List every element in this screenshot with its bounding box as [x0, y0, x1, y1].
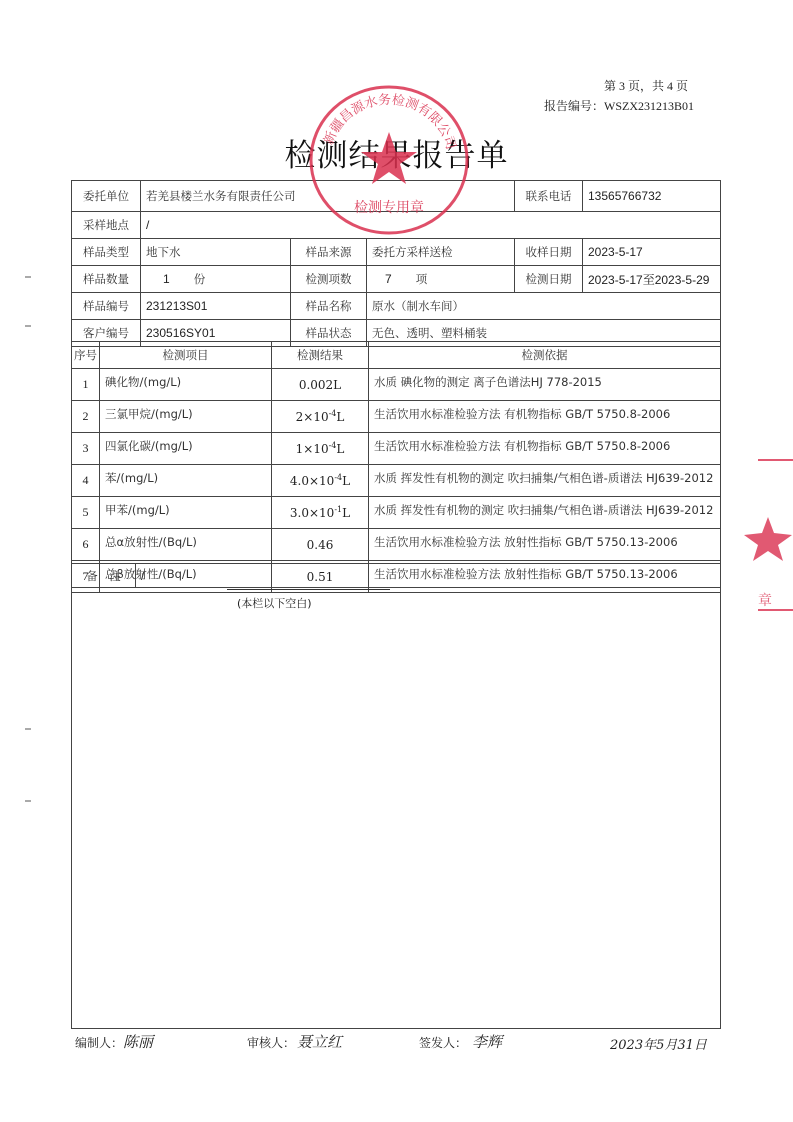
results-header-row: 序号 检测项目 检测结果 检测依据: [72, 342, 721, 369]
quantity-unit: 份: [194, 272, 206, 286]
report-number-label: 报告编号：: [544, 99, 604, 113]
col-header-basis: 检测依据: [369, 342, 721, 369]
test-date-value: 2023-5-17至2023-5-29: [583, 266, 721, 293]
row-basis: 水质 碘化物的测定 离子色谱法HJ 778-2015: [369, 369, 721, 401]
row-item: 三氯甲烷/(mg/L): [100, 401, 272, 433]
col-header-item: 检测项目: [100, 342, 272, 369]
phone-label: 联系电话: [515, 181, 583, 212]
info-row: 样品编号 231213S01 样品名称 原水（制水车间）: [72, 293, 721, 320]
scan-mark: [25, 325, 31, 327]
row-no: 2: [72, 401, 100, 433]
row-basis: 生活饮用水标准检验方法 放射性指标 GB/T 5750.13-2006: [369, 529, 721, 561]
sample-info-table: 委托单位 若羌县楼兰水务有限责任公司 联系电话 13565766732 采样地点…: [71, 180, 721, 347]
row-item: 甲苯/(mg/L): [100, 497, 272, 529]
location-label: 采样地点: [72, 212, 141, 239]
col-header-result: 检测结果: [272, 342, 369, 369]
col-header-no: 序号: [72, 342, 100, 369]
client-label: 委托单位: [72, 181, 141, 212]
info-row: 委托单位 若羌县楼兰水务有限责任公司 联系电话 13565766732: [72, 181, 721, 212]
sample-source-label: 样品来源: [291, 239, 367, 266]
receive-date-label: 收样日期: [515, 239, 583, 266]
row-no: 4: [72, 465, 100, 497]
row-result: 3.0×10-1L: [272, 497, 369, 529]
quantity-value: 1: [163, 272, 170, 286]
compiler-signature: 陈丽: [123, 1031, 153, 1052]
scan-mark: [25, 800, 31, 802]
table-row: 2 三氯甲烷/(mg/L) 2×10-4L 生活饮用水标准检验方法 有机物指标 …: [72, 401, 721, 433]
table-row: 6 总α放射性/(Bq/L) 0.46 生活饮用水标准检验方法 放射性指标 GB…: [72, 529, 721, 561]
remark-value: /: [136, 564, 721, 588]
test-date-label: 检测日期: [515, 266, 583, 293]
reviewer-label: 审核人：: [247, 1034, 295, 1051]
table-row: 1 碘化物/(mg/L) 0.002L 水质 碘化物的测定 离子色谱法HJ 77…: [72, 369, 721, 401]
svg-text:章: 章: [758, 592, 772, 609]
sample-no-label: 样品编号: [72, 293, 141, 320]
item-count-value: 7: [385, 272, 392, 286]
issuer-label: 签发人：: [419, 1034, 467, 1051]
remark-row: 备 注 /: [72, 564, 721, 588]
sample-name-value: 原水（制水车间）: [367, 293, 721, 320]
document-title: 检测结果报告单: [0, 130, 793, 175]
sample-type-label: 样品类型: [72, 239, 141, 266]
report-number: WSZX231213B01: [604, 99, 694, 113]
row-item: 苯/(mg/L): [100, 465, 272, 497]
remark-table: 备 注 /: [71, 563, 721, 588]
row-basis: 水质 挥发性有机物的测定 吹扫捕集/气相色谱-质谱法 HJ639-2012: [369, 497, 721, 529]
scan-mark: [25, 728, 31, 730]
row-item: 四氯化碳/(mg/L): [100, 433, 272, 465]
info-row: 采样地点 /: [72, 212, 721, 239]
table-row: 3 四氯化碳/(mg/L) 1×10-4L 生活饮用水标准检验方法 有机物指标 …: [72, 433, 721, 465]
row-item: 碘化物/(mg/L): [100, 369, 272, 401]
row-no: 6: [72, 529, 100, 561]
row-no: 5: [72, 497, 100, 529]
sample-type-value: 地下水: [141, 239, 291, 266]
row-result: 2×10-4L: [272, 401, 369, 433]
blank-note: (本栏以下空白): [237, 595, 312, 611]
row-no: 3: [72, 433, 100, 465]
report-date: 2023年5月31日: [610, 1034, 707, 1053]
issuer-signature: 李辉: [472, 1031, 502, 1052]
table-row: 4 苯/(mg/L) 4.0×10-4L 水质 挥发性有机物的测定 吹扫捕集/气…: [72, 465, 721, 497]
row-basis: 生活饮用水标准检验方法 有机物指标 GB/T 5750.8-2006: [369, 401, 721, 433]
reviewer-signature: 聂立红: [297, 1031, 342, 1052]
sample-name-label: 样品名称: [291, 293, 367, 320]
row-no: 1: [72, 369, 100, 401]
row-result: 4.0×10-4L: [272, 465, 369, 497]
compiler-label: 编制人：: [75, 1034, 123, 1051]
sample-no-value: 231213S01: [141, 293, 291, 320]
page-header: 第 3 页，共 4 页 报告编号：WSZX231213B01: [544, 76, 694, 116]
page-indicator: 第 3 页，共 4 页: [544, 76, 694, 96]
row-result: 1×10-4L: [272, 433, 369, 465]
blank-area: (本栏以下空白): [71, 588, 721, 1029]
remark-label: 备 注: [72, 564, 136, 588]
row-basis: 水质 挥发性有机物的测定 吹扫捕集/气相色谱-质谱法 HJ639-2012: [369, 465, 721, 497]
info-row: 样品类型 地下水 样品来源 委托方采样送检 收样日期 2023-5-17: [72, 239, 721, 266]
table-row: 5 甲苯/(mg/L) 3.0×10-1L 水质 挥发性有机物的测定 吹扫捕集/…: [72, 497, 721, 529]
receive-date-value: 2023-5-17: [583, 239, 721, 266]
row-basis: 生活饮用水标准检验方法 有机物指标 GB/T 5750.8-2006: [369, 433, 721, 465]
blank-divider: [227, 589, 390, 590]
phone-value: 13565766732: [583, 181, 721, 212]
quantity-label: 样品数量: [72, 266, 141, 293]
location-value: /: [141, 212, 721, 239]
item-count-label: 检测项数: [291, 266, 367, 293]
results-table: 序号 检测项目 检测结果 检测依据 1 碘化物/(mg/L) 0.002L 水质…: [71, 341, 721, 593]
row-item: 总α放射性/(Bq/L): [100, 529, 272, 561]
scan-mark: [25, 276, 31, 278]
item-count-unit: 项: [416, 272, 428, 286]
partial-seal-icon: 章: [738, 455, 793, 615]
sample-source-value: 委托方采样送检: [367, 239, 515, 266]
row-result: 0.46: [272, 529, 369, 561]
row-result: 0.002L: [272, 369, 369, 401]
info-row: 样品数量 1份 检测项数 7项 检测日期 2023-5-17至2023-5-29: [72, 266, 721, 293]
client-value: 若羌县楼兰水务有限责任公司: [141, 181, 515, 212]
